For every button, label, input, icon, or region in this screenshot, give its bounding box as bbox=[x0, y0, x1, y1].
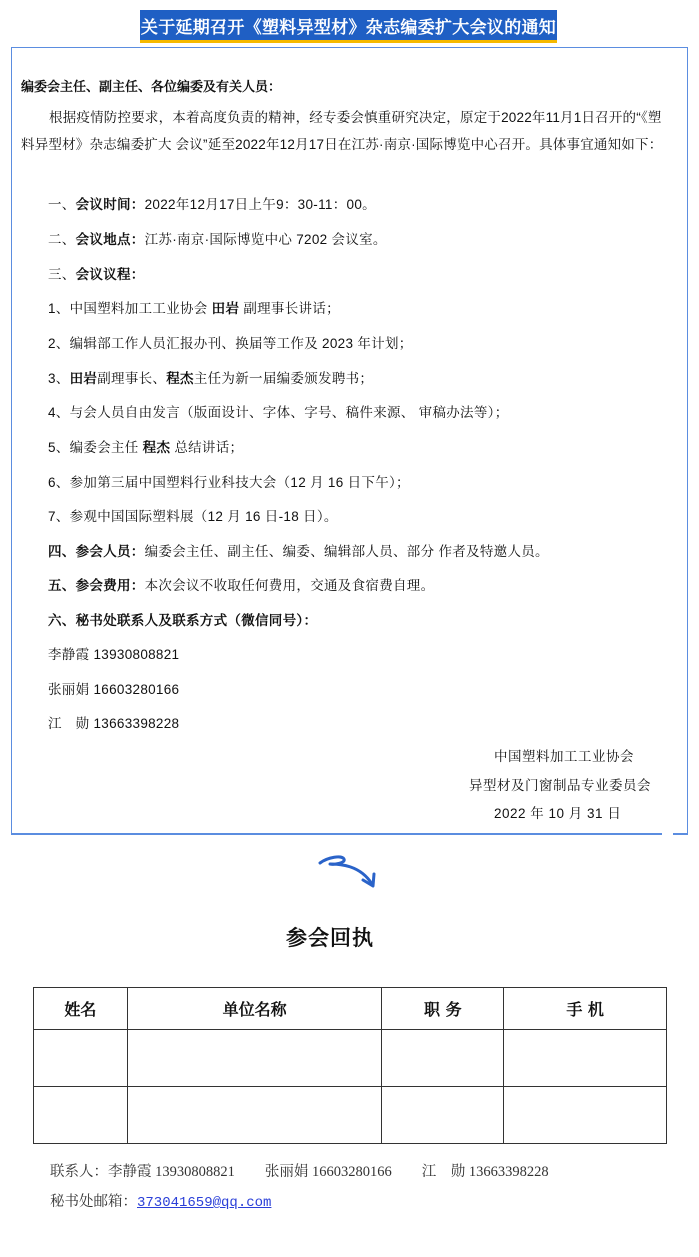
agenda-text: 副理事长讲话； bbox=[239, 301, 340, 316]
agenda-item-4: 4、与会人员自由发言（版面设计、字体、字号、稿件来源、 审稿办法等）； bbox=[48, 401, 509, 421]
section-label: 六、秘书处联系人及联系方式（微信同号）： bbox=[48, 613, 317, 628]
contact-2: 张丽娟 16603280166 bbox=[48, 678, 179, 698]
table-row bbox=[34, 1087, 667, 1144]
column-header-mobile: 手 机 bbox=[504, 988, 667, 1030]
section-number: 一、 bbox=[48, 197, 76, 212]
notice-title: 关于延期召开《塑料异型材》杂志编委扩大会议的通知 bbox=[141, 13, 556, 38]
section-attendees: 四、参会人员：编委会主任、副主任、编委、编辑部人员、部分 作者及特邀人员。 bbox=[48, 540, 549, 560]
column-header-position: 职 务 bbox=[382, 988, 504, 1030]
section-fees: 五、参会费用：本次会议不收取任何费用，交通及食宿费自理。 bbox=[48, 574, 434, 594]
agenda-item-7: 7、参观中国国际塑料展（12 月 16 日-18 日）。 bbox=[48, 505, 338, 525]
footer-contact: 江 勋 13663398228 bbox=[422, 1164, 549, 1180]
section-value: 2022年12月17日上午9：30-11：00。 bbox=[145, 197, 376, 212]
agenda-item-1: 1、中国塑料加工工业协会 田岩 副理事长讲话； bbox=[48, 297, 340, 317]
agenda-text: 2、编辑部工作人员汇报办刊、换届等工作及 2023 年计划； bbox=[48, 336, 413, 351]
contact-phone: 13930808821 bbox=[93, 647, 179, 662]
agenda-text: 3、 bbox=[48, 371, 70, 386]
agenda-item-3: 3、田岩副理事长、程杰主任为新一届编委颁发聘书； bbox=[48, 367, 373, 387]
footer-contacts: 联系人：李静霞 13930808821张丽娟 16603280166江 勋 13… bbox=[50, 1160, 549, 1181]
contact-name: 江 勋 bbox=[48, 716, 89, 731]
section-label: 会议时间： bbox=[76, 197, 145, 212]
contact-1: 李静霞 13930808821 bbox=[48, 643, 179, 663]
agenda-text: 5、编委会主任 bbox=[48, 440, 143, 455]
section-label: 会议议程： bbox=[76, 267, 145, 282]
footer-email-label: 秘书处邮箱： bbox=[50, 1194, 137, 1210]
section-value: 编委会主任、副主任、编委、编辑部人员、部分 作者及特邀人员。 bbox=[145, 544, 549, 559]
curved-arrow-icon bbox=[316, 852, 384, 892]
contact-phone: 13663398228 bbox=[93, 716, 179, 731]
footer-email: 秘书处邮箱：373041659@qq.com bbox=[50, 1190, 271, 1211]
table-cell-name[interactable] bbox=[34, 1087, 128, 1144]
signature-date: 2022 年 10 月 31 日 bbox=[494, 802, 621, 822]
section-time: 一、会议时间：2022年12月17日上午9：30-11：00。 bbox=[48, 193, 376, 213]
signature-org-2: 异型材及门窗制品专业委员会 bbox=[469, 774, 651, 794]
intro-paragraph: 根据疫情防控要求，本着高度负责的精神，经专委会慎重研究决定，原定于2022年11… bbox=[21, 104, 673, 158]
email-link[interactable]: 373041659@qq.com bbox=[137, 1195, 271, 1211]
agenda-text: 副理事长、 bbox=[97, 371, 166, 386]
table-cell-name[interactable] bbox=[34, 1030, 128, 1087]
receipt-table: 姓名 单位名称 职 务 手 机 bbox=[33, 987, 667, 1144]
notice-title-banner: 关于延期召开《塑料异型材》杂志编委扩大会议的通知 bbox=[140, 10, 557, 43]
agenda-text: 主任为新一届编委颁发聘书； bbox=[194, 371, 373, 386]
agenda-person: 程杰 bbox=[166, 371, 194, 386]
frame-bottom-border bbox=[11, 833, 662, 835]
agenda-text: 总结讲话； bbox=[170, 440, 243, 455]
section-contacts: 六、秘书处联系人及联系方式（微信同号）： bbox=[48, 609, 317, 629]
footer-contact: 张丽娟 16603280166 bbox=[265, 1164, 392, 1180]
agenda-text: 6、参加第三届中国塑料行业科技大会（12 月 16 日下午）； bbox=[48, 475, 410, 490]
agenda-person: 田岩 bbox=[70, 371, 98, 386]
contact-name: 李静霞 bbox=[48, 647, 89, 662]
section-number: 三、 bbox=[48, 267, 76, 282]
section-value: 江苏·南京·国际博览中心 7202 会议室。 bbox=[145, 232, 387, 247]
section-number: 二、 bbox=[48, 232, 76, 247]
contact-name: 张丽娟 bbox=[48, 682, 89, 697]
table-cell-mobile[interactable] bbox=[504, 1030, 667, 1087]
table-cell-organization[interactable] bbox=[127, 1087, 382, 1144]
footer-contact: 李静霞 13930808821 bbox=[108, 1164, 235, 1180]
table-cell-organization[interactable] bbox=[127, 1030, 382, 1087]
column-header-organization: 单位名称 bbox=[127, 988, 382, 1030]
section-label: 五、参会费用： bbox=[48, 578, 145, 593]
section-agenda: 三、会议议程： bbox=[48, 263, 145, 283]
section-label: 四、参会人员： bbox=[48, 544, 145, 559]
intro-text: 根据疫情防控要求，本着高度负责的精神，经专委会慎重研究决定，原定于2022年11… bbox=[21, 110, 662, 152]
agenda-item-5: 5、编委会主任 程杰 总结讲话； bbox=[48, 436, 243, 456]
section-place: 二、会议地点：江苏·南京·国际博览中心 7202 会议室。 bbox=[48, 228, 387, 248]
signature-org-1: 中国塑料加工工业协会 bbox=[494, 745, 634, 765]
footer-contact-label: 联系人： bbox=[50, 1164, 108, 1180]
contact-phone: 16603280166 bbox=[93, 682, 179, 697]
table-header-row: 姓名 单位名称 职 务 手 机 bbox=[34, 988, 667, 1030]
agenda-person: 田岩 bbox=[212, 301, 240, 316]
section-label: 会议地点： bbox=[76, 232, 145, 247]
table-cell-position[interactable] bbox=[382, 1087, 504, 1144]
column-header-name: 姓名 bbox=[34, 988, 128, 1030]
table-cell-position[interactable] bbox=[382, 1030, 504, 1087]
agenda-text: 1、中国塑料加工工业协会 bbox=[48, 301, 212, 316]
agenda-text: 7、参观中国国际塑料展（12 月 16 日-18 日）。 bbox=[48, 509, 338, 524]
agenda-item-2: 2、编辑部工作人员汇报办刊、换届等工作及 2023 年计划； bbox=[48, 332, 413, 352]
receipt-title: 参会回执 bbox=[0, 922, 660, 952]
frame-bottom-border-corner bbox=[673, 833, 688, 835]
table-cell-mobile[interactable] bbox=[504, 1087, 667, 1144]
agenda-text: 4、与会人员自由发言（版面设计、字体、字号、稿件来源、 审稿办法等）； bbox=[48, 405, 509, 420]
table-row bbox=[34, 1030, 667, 1087]
agenda-item-6: 6、参加第三届中国塑料行业科技大会（12 月 16 日下午）； bbox=[48, 471, 410, 491]
salutation: 编委会主任、副主任、各位编委及有关人员： bbox=[21, 76, 281, 95]
contact-3: 江 勋 13663398228 bbox=[48, 712, 179, 732]
section-value: 本次会议不收取任何费用，交通及食宿费自理。 bbox=[145, 578, 435, 593]
agenda-person: 程杰 bbox=[143, 440, 171, 455]
